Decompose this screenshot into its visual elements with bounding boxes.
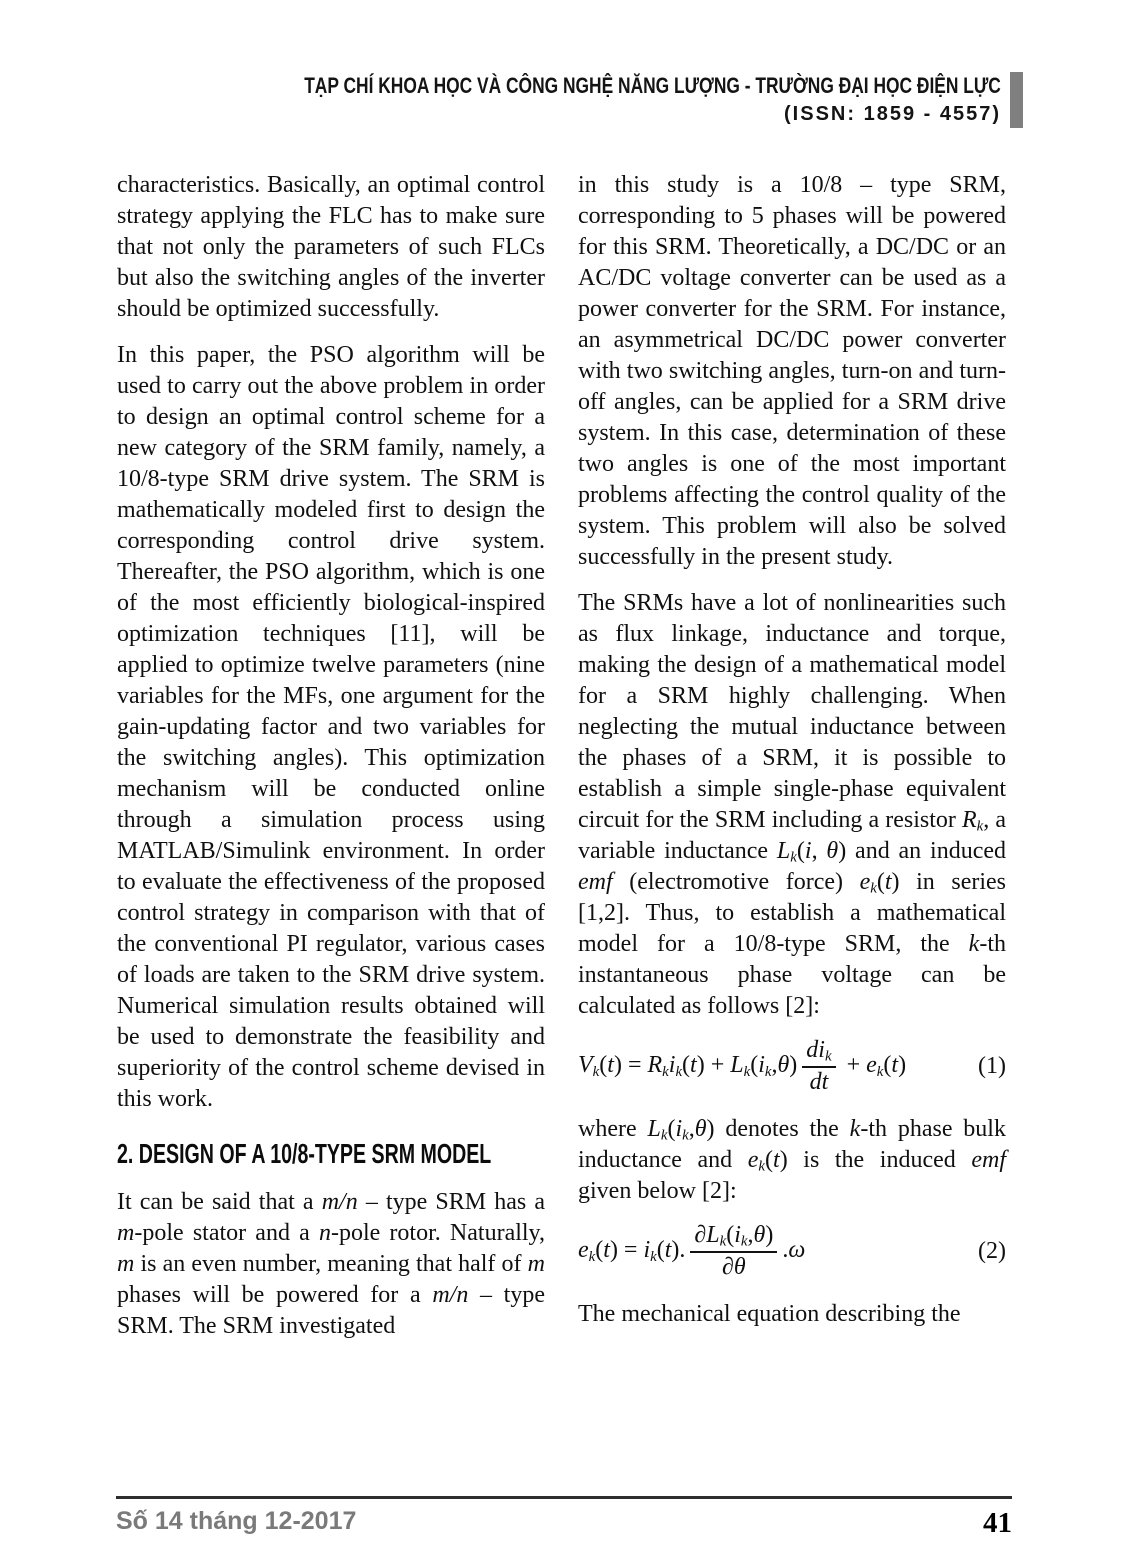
journal-title-text: TẠP CHÍ KHOA HỌC VÀ CÔNG NGHỆ NĂNG LƯỢNG… [304, 72, 1001, 99]
paragraph: It can be said that a m/n – type SRM has… [117, 1187, 545, 1342]
equation-1-number: (1) [970, 1051, 1006, 1082]
paragraph: characteristics. Basically, an optimal c… [117, 170, 545, 325]
page-number: 41 [983, 1507, 1012, 1540]
section-heading-text: 2. DESIGN OF A 10/8-TYPE SRM MODEL [117, 1137, 491, 1171]
paragraph: in this study is a 10/8 – type SRM, corr… [578, 170, 1006, 573]
paragraph: In this paper, the PSO algorithm will be… [117, 340, 545, 1115]
paragraph: The SRMs have a lot of nonlinearities su… [578, 588, 1006, 1022]
footer-rule [116, 1496, 1012, 1499]
left-column: characteristics. Basically, an optimal c… [117, 170, 545, 1357]
equation-2-formula: ek(t) = ik(t).∂Lk(ik,θ)∂θ.ω [578, 1222, 805, 1281]
journal-title: TẠP CHÍ KHOA HỌC VÀ CÔNG NGHỆ NĂNG LƯỢNG… [119, 72, 1001, 99]
page-header: TẠP CHÍ KHOA HỌC VÀ CÔNG NGHỆ NĂNG LƯỢNG… [119, 72, 1023, 128]
issn-label: (ISSN: 1859 - 4557) [119, 101, 1001, 128]
header-text-block: TẠP CHÍ KHOA HỌC VÀ CÔNG NGHỆ NĂNG LƯỢNG… [119, 72, 1001, 128]
equation-1-formula: Vk(t) = Rkik(t) + Lk(ik,θ)dikdt + ek(t) [578, 1037, 906, 1096]
page-footer: Số 14 tháng 12-2017 41 [116, 1507, 1012, 1540]
equation-1: Vk(t) = Rkik(t) + Lk(ik,θ)dikdt + ek(t) … [578, 1037, 1006, 1096]
header-accent-bar [1010, 72, 1023, 128]
equation-2: ek(t) = ik(t).∂Lk(ik,θ)∂θ.ω (2) [578, 1222, 1006, 1281]
right-column: in this study is a 10/8 – type SRM, corr… [578, 170, 1006, 1345]
paragraph: where Lk(ik,θ) denotes the k-th phase bu… [578, 1114, 1006, 1207]
issue-label: Số 14 tháng 12-2017 [116, 1507, 356, 1536]
paragraph: The mechanical equation describing the [578, 1299, 1006, 1330]
equation-2-number: (2) [970, 1236, 1006, 1267]
section-heading: 2. DESIGN OF A 10/8-TYPE SRM MODEL [117, 1137, 545, 1171]
journal-page: TẠP CHÍ KHOA HỌC VÀ CÔNG NGHỆ NĂNG LƯỢNG… [0, 0, 1122, 1565]
